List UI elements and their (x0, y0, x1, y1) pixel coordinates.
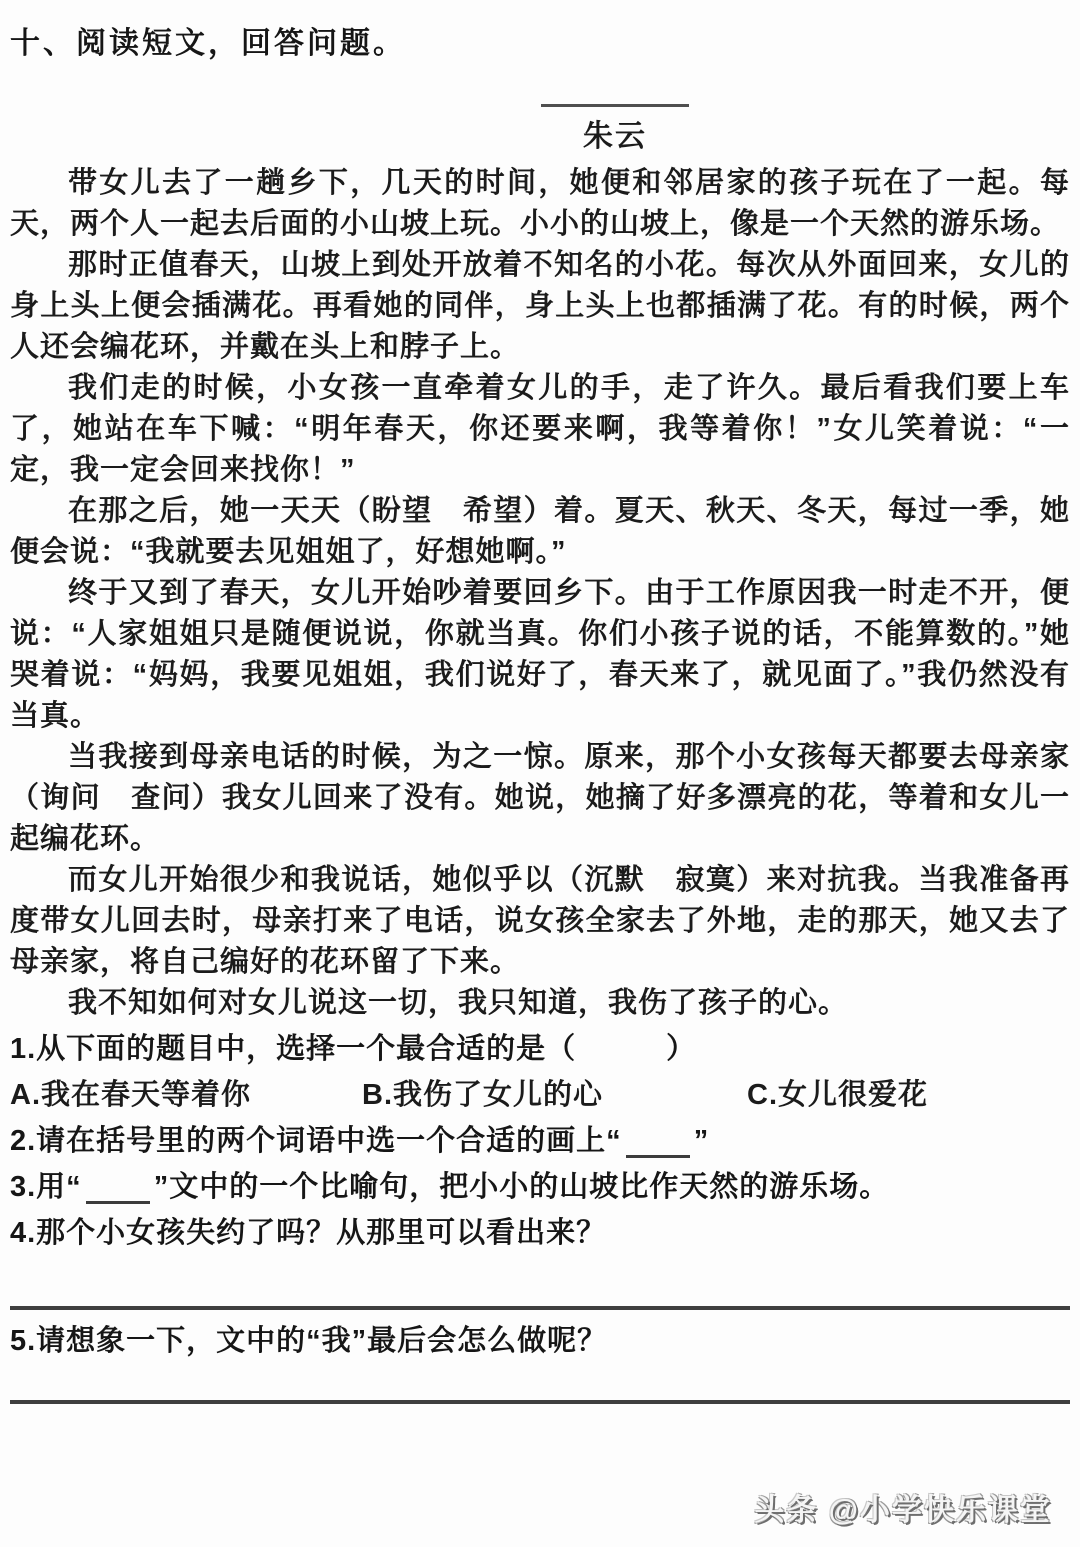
question-4: 4.那个小女孩失约了吗？从那里可以看出来？ (10, 1210, 1070, 1256)
title-area: 朱云 (160, 104, 1070, 155)
question-1: 1.从下面的题目中，选择一个最合适的是（ ） (10, 1026, 1070, 1072)
question-3-text: 3.用“ (10, 1171, 82, 1203)
article-paragraph: 我们走的时候，小女孩一直牵着女儿的手，走了许久。最后看我们要上车了，她站在车下喊… (10, 368, 1070, 491)
article-paragraph: 终于又到了春天，女儿开始吵着要回乡下。由于工作原因我一时走不开，便说：“人家姐姐… (10, 573, 1070, 737)
article-paragraph: 我不知如何对女儿说这一切，我只知道，我伤了孩子的心。 (10, 983, 1070, 1024)
article-paragraph: 那时正值春天，山坡上到处开放着不知名的小花。每次从外面回来，女儿的身上头上便会插… (10, 245, 1070, 368)
option-a: A.我在春天等着你 (10, 1072, 362, 1118)
option-c: C.女儿很爱花 (747, 1072, 1070, 1118)
answer-blank (86, 1176, 150, 1204)
question-2: 2.请在括号里的两个词语中选一个合适的画上“” (10, 1118, 1070, 1164)
worksheet-page: 十、阅读短文，回答问题。 朱云 带女儿去了一趟乡下，几天的时间，她便和邻居家的孩… (0, 0, 1080, 1547)
answer-line (10, 1400, 1070, 1404)
title-blank-line (541, 104, 689, 107)
watermark: 头条 @小学快乐课堂 (754, 1485, 1052, 1529)
question-1-options: A.我在春天等着你 B.我伤了女儿的心 C.女儿很爱花 (10, 1072, 1070, 1118)
section-heading: 十、阅读短文，回答问题。 (10, 10, 1070, 62)
author-name: 朱云 (160, 111, 1070, 155)
article-paragraph: 在那之后，她一天天（盼望 希望）着。夏天、秋天、冬天，每过一季，她便会说：“我就… (10, 491, 1070, 573)
answer-blank (626, 1130, 690, 1158)
answer-line (10, 1306, 1070, 1310)
article-paragraph: 当我接到母亲电话的时候，为之一惊。原来，那个小女孩每天都要去母亲家（询问 查问）… (10, 737, 1070, 860)
question-2-closing-quote: ” (694, 1125, 710, 1157)
article-body: 带女儿去了一趟乡下，几天的时间，她便和邻居家的孩子玩在了一起。每天，两个人一起去… (10, 163, 1070, 1024)
question-3: 3.用“”文中的一个比喻句，把小小的山坡比作天然的游乐场。 (10, 1164, 1070, 1210)
article-paragraph: 而女儿开始很少和我说话，她似乎以（沉默 寂寞）来对抗我。当我准备再度带女儿回去时… (10, 860, 1070, 983)
question-2-text: 2.请在括号里的两个词语中选一个合适的画上“ (10, 1125, 622, 1157)
option-b: B.我伤了女儿的心 (362, 1072, 747, 1118)
question-3-rest: ”文中的一个比喻句，把小小的山坡比作天然的游乐场。 (154, 1171, 890, 1203)
question-5: 5.请想象一下，文中的“我”最后会怎么做呢？ (10, 1318, 1070, 1364)
article-paragraph: 带女儿去了一趟乡下，几天的时间，她便和邻居家的孩子玩在了一起。每天，两个人一起去… (10, 163, 1070, 245)
questions-section: 1.从下面的题目中，选择一个最合适的是（ ） A.我在春天等着你 B.我伤了女儿… (10, 1026, 1070, 1256)
